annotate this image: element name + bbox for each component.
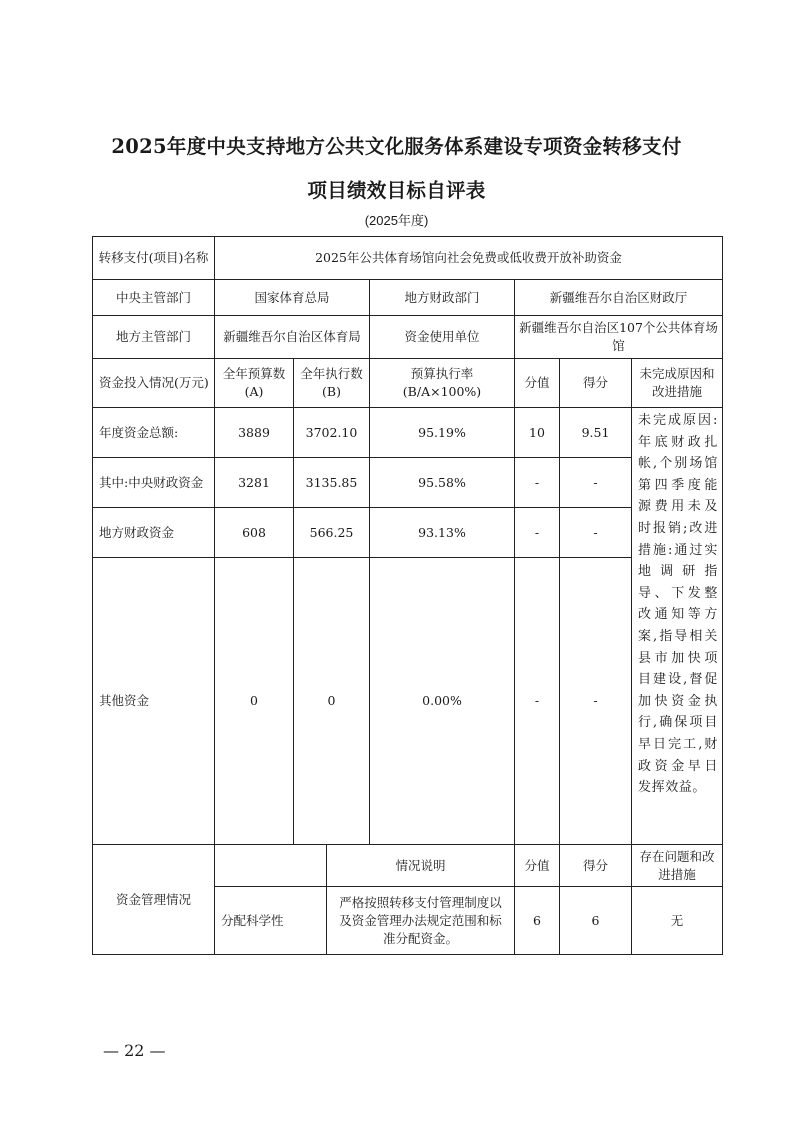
funding-rate: 93.13%	[370, 508, 515, 558]
funding-rate: 0.00%	[370, 558, 515, 845]
management-issues: 无	[632, 887, 723, 955]
project-name-row: 转移支付(项目)名称 2025年公共体育场馆向社会免费或低收费开放补助资金	[93, 237, 723, 280]
management-header-item	[215, 845, 327, 887]
funding-budget: 3889	[215, 408, 294, 458]
funding-header-budget: 全年预算数(A)	[215, 359, 294, 408]
funding-category: 年度资金总额:	[93, 408, 215, 458]
funding-budget: 608	[215, 508, 294, 558]
local-dept-label: 地方主管部门	[93, 316, 215, 359]
funding-executed: 0	[294, 558, 370, 845]
funding-header-row: 资金投入情况(万元) 全年预算数(A) 全年执行数(B) 预算执行率(B/A×1…	[93, 359, 723, 408]
funding-executed: 3135.85	[294, 458, 370, 508]
funding-budget: 3281	[215, 458, 294, 508]
project-name-label: 转移支付(项目)名称	[93, 237, 215, 280]
funding-row-total: 年度资金总额: 3889 3702.10 95.19% 10 9.51 未完成原…	[93, 408, 723, 458]
funding-score-value: -	[515, 458, 560, 508]
funding-score-value: -	[515, 558, 560, 845]
local-finance-label: 地方财政部门	[370, 280, 515, 316]
department-row: 中央主管部门 国家体育总局 地方财政部门 新疆维吾尔自治区财政厅	[93, 280, 723, 316]
central-dept-label: 中央主管部门	[93, 280, 215, 316]
management-header-score-value: 分值	[515, 845, 560, 887]
management-header-description: 情况说明	[327, 845, 515, 887]
fund-user-label: 资金使用单位	[370, 316, 515, 359]
funding-budget: 0	[215, 558, 294, 845]
funding-header-reason: 未完成原因和改进措施	[632, 359, 723, 408]
management-description: 严格按照转移支付管理制度以及资金管理办法规定范围和标准分配资金。	[327, 887, 515, 955]
document-title-line2: 项目绩效目标自评表	[0, 175, 793, 203]
funding-executed: 3702.10	[294, 408, 370, 458]
funding-category: 地方财政资金	[93, 508, 215, 558]
page-number: — 22 —	[103, 1041, 166, 1060]
funding-rate: 95.58%	[370, 458, 515, 508]
central-dept-value: 国家体育总局	[215, 280, 370, 316]
self-evaluation-table: 转移支付(项目)名称 2025年公共体育场馆向社会免费或低收费开放补助资金 中央…	[92, 236, 723, 955]
funding-header-score: 得分	[560, 359, 632, 408]
funding-score-value: -	[515, 508, 560, 558]
management-header-row: 资金管理情况 情况说明 分值 得分 存在问题和改进措施	[93, 845, 723, 887]
funding-score: 9.51	[560, 408, 632, 458]
funding-header-executed: 全年执行数(B)	[294, 359, 370, 408]
funding-category: 其他资金	[93, 558, 215, 845]
funding-header-score-value: 分值	[515, 359, 560, 408]
local-dept-row: 地方主管部门 新疆维吾尔自治区体育局 资金使用单位 新疆维吾尔自治区107个公共…	[93, 316, 723, 359]
document-subtitle: (2025年度)	[0, 210, 793, 229]
funding-score: -	[560, 558, 632, 845]
document-title-line1: 2025年度中央支持地方公共文化服务体系建设专项资金转移支付	[0, 131, 793, 159]
management-score-value: 6	[515, 887, 560, 955]
funding-rate: 95.19%	[370, 408, 515, 458]
funding-score-value: 10	[515, 408, 560, 458]
funding-header-rate: 预算执行率(B/A×100%)	[370, 359, 515, 408]
local-finance-value: 新疆维吾尔自治区财政厅	[515, 280, 723, 316]
funding-category: 其中:中央财政资金	[93, 458, 215, 508]
funding-executed: 566.25	[294, 508, 370, 558]
funding-header-category: 资金投入情况(万元)	[93, 359, 215, 408]
project-name-value: 2025年公共体育场馆向社会免费或低收费开放补助资金	[215, 237, 723, 280]
funding-score: -	[560, 508, 632, 558]
funding-row-other: 其他资金 0 0 0.00% - -	[93, 558, 723, 845]
management-label: 资金管理情况	[93, 845, 215, 955]
funding-row-local: 地方财政资金 608 566.25 93.13% - -	[93, 508, 723, 558]
funding-row-central: 其中:中央财政资金 3281 3135.85 95.58% - -	[93, 458, 723, 508]
funding-reason-text: 未完成原因:年底财政扎帐,个别场馆第四季度能源费用未及时报销;改进措施:通过实地…	[632, 408, 723, 845]
local-dept-value: 新疆维吾尔自治区体育局	[215, 316, 370, 359]
fund-user-value: 新疆维吾尔自治区107个公共体育场馆	[515, 316, 723, 359]
funding-score: -	[560, 458, 632, 508]
management-score: 6	[560, 887, 632, 955]
management-header-issues: 存在问题和改进措施	[632, 845, 723, 887]
management-item: 分配科学性	[215, 887, 327, 955]
management-header-score: 得分	[560, 845, 632, 887]
